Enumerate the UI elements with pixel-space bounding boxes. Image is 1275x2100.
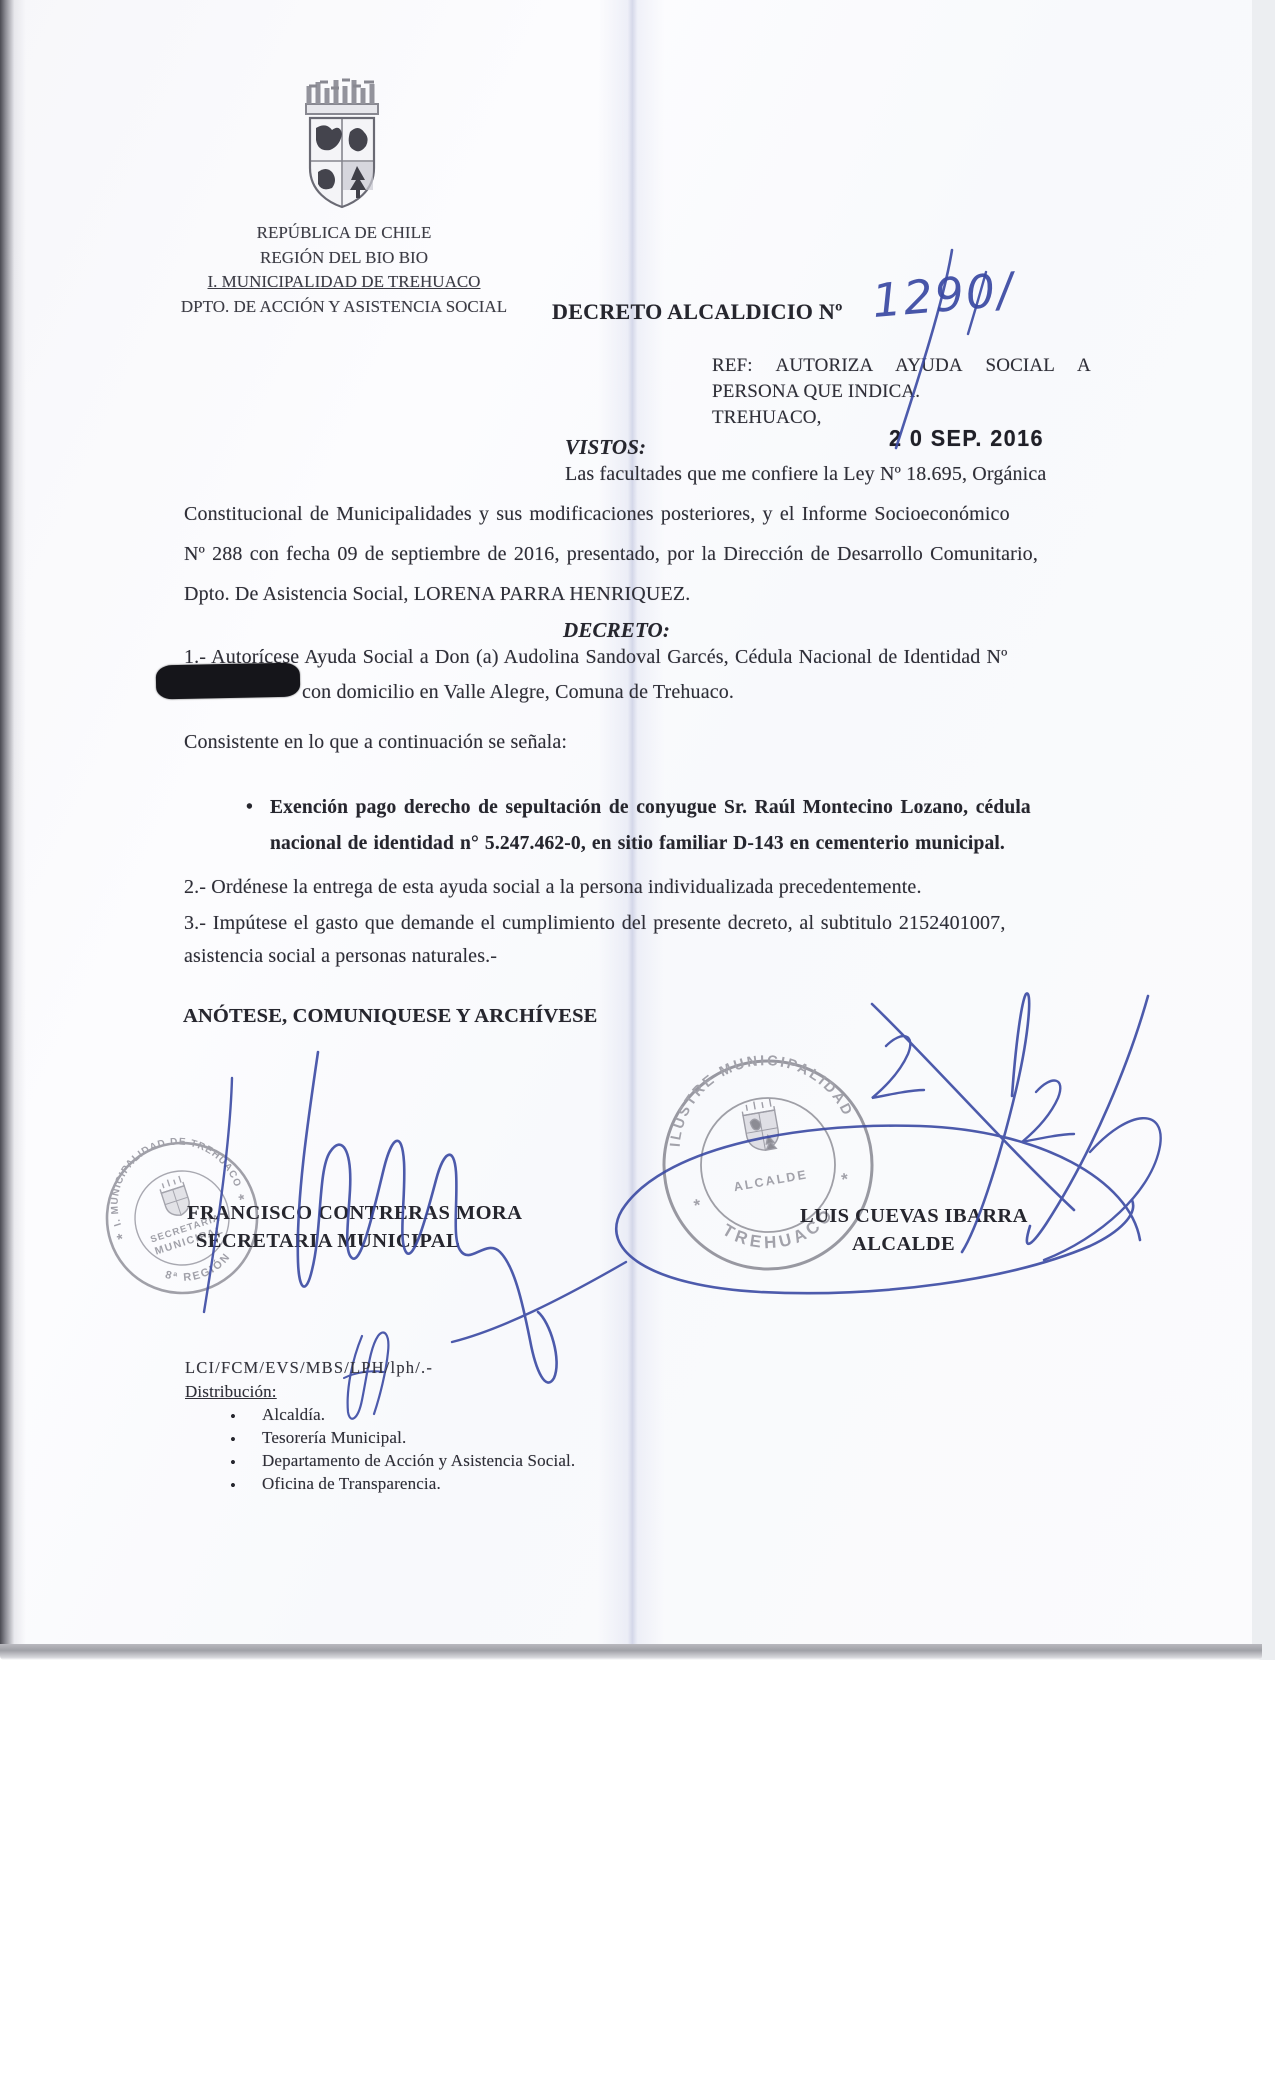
distribution-bullet-1: • (230, 1407, 236, 1427)
distribution-item-3: Departamento de Acción y Asistencia Soci… (262, 1451, 575, 1471)
right-stamp-center: ALCALDE (733, 1167, 809, 1194)
right-stamp-star-right: * (840, 1169, 850, 1189)
secretary-name: FRANCISCO CONTRERAS MORA (187, 1202, 522, 1225)
responsibility-initials: LCI/FCM/EVS/MBS/LPH/lph/.- (185, 1358, 433, 1378)
mayor-name: LUIS CUEVAS IBARRA (800, 1205, 1028, 1228)
scanned-decree-document: REPÚBLICA DE CHILE REGIÓN DEL BIO BIO I.… (0, 0, 1275, 2100)
distribution-bullet-2: • (230, 1430, 236, 1450)
left-stamp-arc-bottom: 8ª REGIÓN (161, 1248, 237, 1292)
distribution-item-1: Alcaldía. (262, 1405, 325, 1425)
mayor-title: ALCALDE (852, 1233, 955, 1256)
right-stamp-star-left: * (692, 1195, 702, 1215)
left-stamp-star-left: * (115, 1231, 126, 1249)
rubber-stamps: I. MUNICIPALIDAD DE TREHUACO 8ª REGIÓN S… (0, 0, 1275, 2100)
distribution-item-4: Oficina de Transparencia. (262, 1474, 441, 1494)
secretary-title: SECRETARIA MUNICIPAL (196, 1230, 460, 1253)
distribution-bullet-4: • (230, 1476, 236, 1496)
distribution-label: Distribución: (185, 1382, 277, 1402)
svg-text:8ª REGIÓN: 8ª REGIÓN (161, 1248, 237, 1292)
distribution-item-2: Tesorería Municipal. (262, 1428, 406, 1448)
distribution-bullet-3: • (230, 1453, 236, 1473)
